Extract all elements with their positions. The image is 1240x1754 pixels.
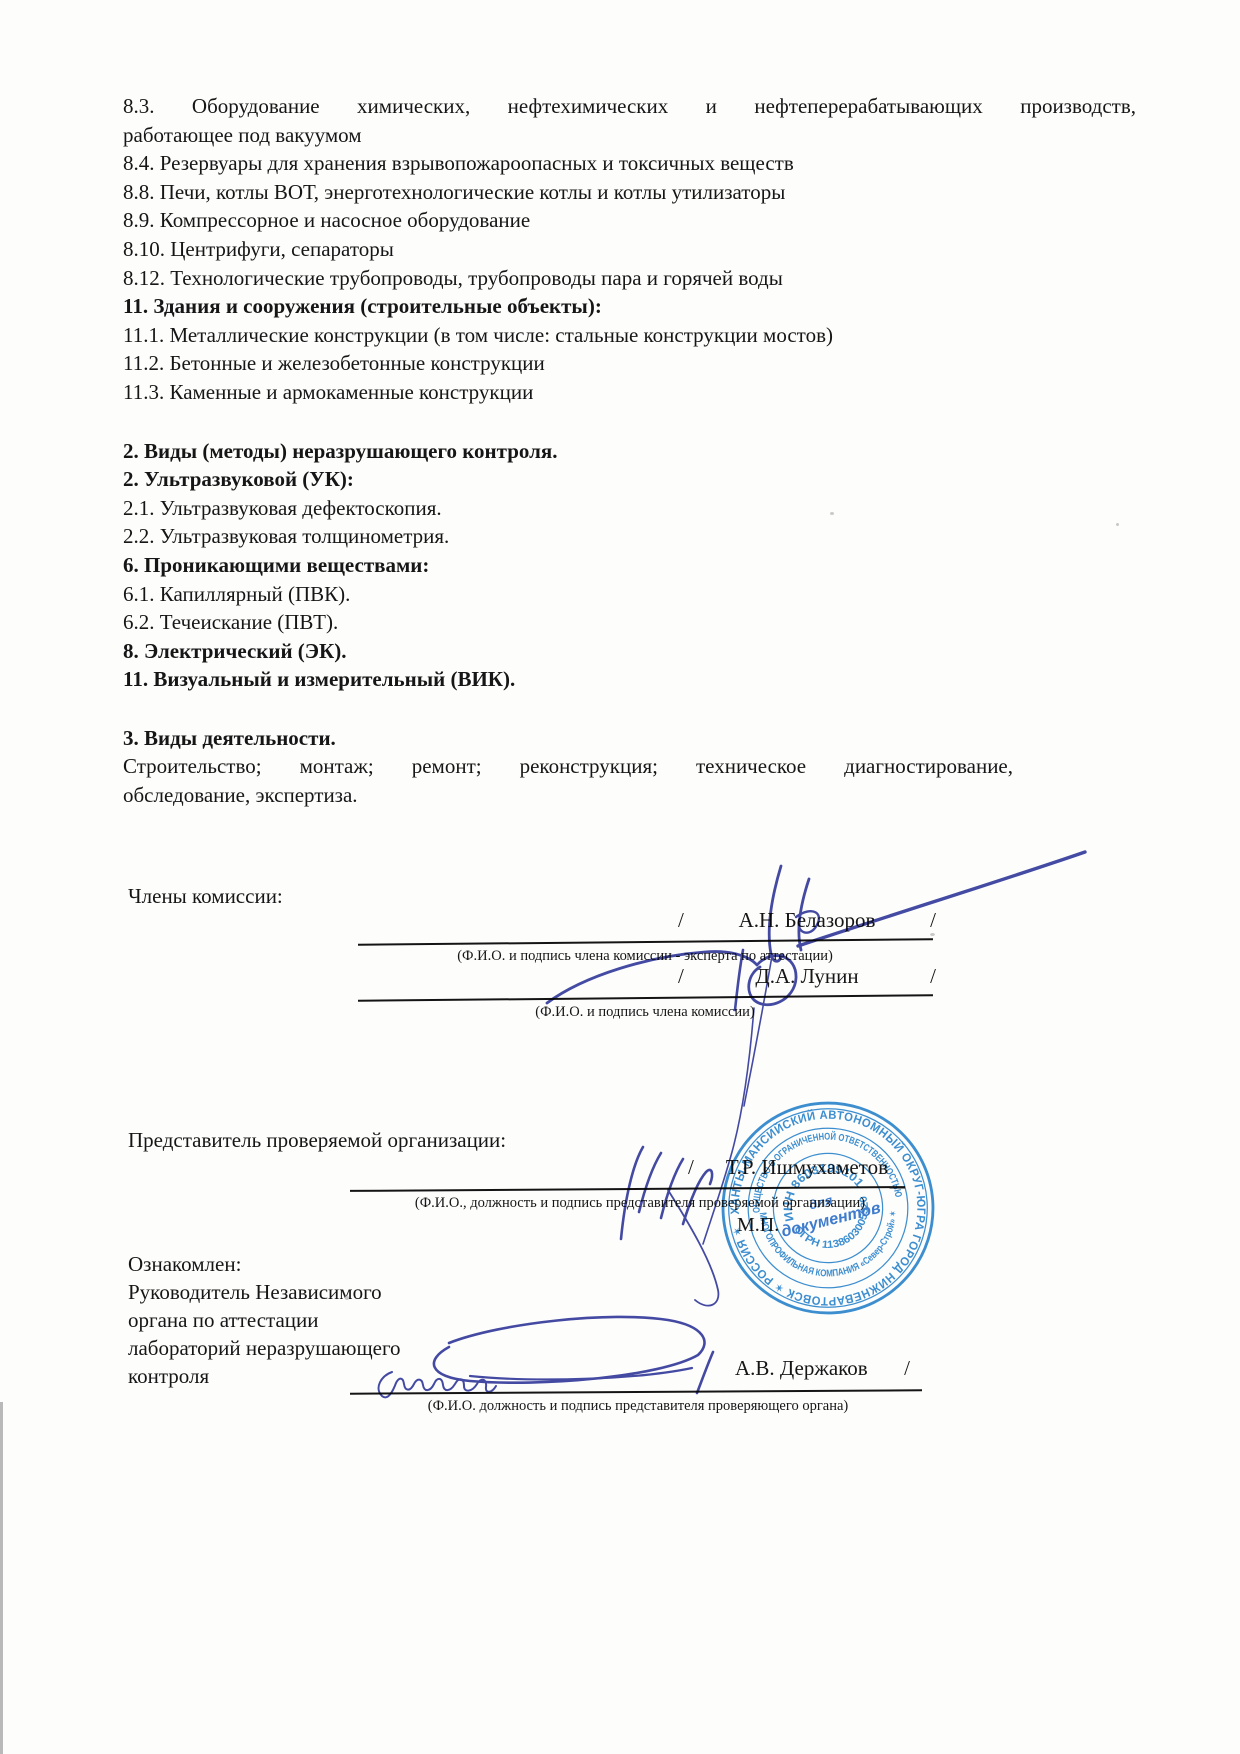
inspector-name: А.В. Держаков — [735, 1356, 868, 1381]
doc-line: 2.1. Ультразвуковая дефектоскопия. — [123, 494, 1138, 523]
svg-text:для: для — [808, 1192, 835, 1212]
scan-edge-artifact — [0, 1402, 3, 1754]
scan-speck — [345, 1296, 349, 1300]
slash: / — [930, 964, 936, 989]
doc-line: 3. Виды деятельности. — [123, 724, 1138, 753]
scan-speck — [930, 933, 935, 936]
signature-caption-member-2: (Ф.И.О. и подпись члена комиссии) — [535, 1004, 755, 1021]
doc-line: 6.2. Течеискание (ПВТ). — [123, 608, 1138, 637]
ack-line: органа по аттестации — [128, 1306, 401, 1334]
signature-row-member-2: / Д.А. Лунин / — [678, 964, 936, 989]
scan-speck — [1116, 523, 1119, 526]
doc-line: 11.3. Каменные и армокаменные конструкци… — [123, 378, 1138, 407]
slash: / — [678, 964, 684, 989]
doc-line: обследование, экспертиза. — [123, 781, 1138, 810]
slash: / — [678, 908, 684, 933]
signature-line-inspector — [350, 1389, 922, 1394]
section-gap — [123, 407, 1138, 437]
signature-line-member-2 — [358, 994, 933, 1002]
doc-line: 8.4. Резервуары для хранения взрывопожар… — [123, 149, 1138, 178]
doc-line: 2. Ультразвуковой (УК): — [123, 465, 1138, 494]
signature-row-inspector: А.В. Держаков / — [735, 1356, 910, 1381]
doc-line: 6. Проникающими веществами: — [123, 551, 1138, 580]
acknowledged-block: Ознакомлен: Руководитель Независимого ор… — [128, 1250, 401, 1390]
slash: / — [688, 1155, 694, 1180]
doc-line: работающее под вакуумом — [123, 121, 1138, 150]
doc-line: 11.2. Бетонные и железобетонные конструк… — [123, 349, 1138, 378]
slash: / — [904, 1356, 910, 1381]
representative-label: Представитель проверяемой организации: — [128, 1128, 506, 1153]
ack-line: лабораторий неразрушающего — [128, 1334, 401, 1362]
section-gap — [123, 694, 1138, 724]
slash: / — [930, 908, 936, 933]
signature-line-member-1 — [358, 938, 933, 946]
member-1-name: А.Н. Белазоров — [739, 908, 876, 933]
doc-line: 6.1. Капиллярный (ПВК). — [123, 580, 1138, 609]
doc-line: Строительство; монтаж; ремонт; реконстру… — [123, 752, 1013, 781]
scan-speck — [830, 512, 834, 515]
member-2-name: Д.А. Лунин — [755, 964, 858, 989]
doc-line: 11.1. Металлические конструкции (в том ч… — [123, 321, 1138, 350]
signature-caption-member-1: (Ф.И.О. и подпись члена комиссии - экспе… — [457, 948, 833, 965]
doc-line: 11. Здания и сооружения (строительные об… — [123, 292, 1138, 321]
doc-line: 8.9. Компрессорное и насосное оборудован… — [123, 206, 1138, 235]
commission-members-label: Члены комиссии: — [128, 884, 283, 909]
ack-line: Руководитель Независимого — [128, 1278, 401, 1306]
document-page: 8.3. Оборудование химических, нефтехимич… — [0, 0, 1240, 1754]
signature-caption-inspector: (Ф.И.О. должность и подпись представител… — [428, 1398, 848, 1415]
doc-line: 2. Виды (методы) неразрушающего контроля… — [123, 437, 1138, 466]
doc-line: 2.2. Ультразвуковая толщинометрия. — [123, 522, 1138, 551]
doc-line: 11. Визуальный и измерительный (ВИК). — [123, 665, 1138, 694]
signature-row-member-1: / А.Н. Белазоров / — [678, 908, 936, 933]
doc-line: 8.8. Печи, котлы ВОТ, энерготехнологичес… — [123, 178, 1138, 207]
body-text: 8.3. Оборудование химических, нефтехимич… — [123, 92, 1138, 810]
ack-line: Ознакомлен: — [128, 1250, 401, 1278]
doc-line: 8.10. Центрифуги, сепараторы — [123, 235, 1138, 264]
organization-round-stamp: ХАНТЫ-МАНСИЙСКИЙ АВТОНОМНЫЙ ОКРУГ-ЮГРА Г… — [714, 1094, 942, 1322]
doc-line: 8.3. Оборудование химических, нефтехимич… — [123, 92, 1136, 121]
doc-line: 8.12. Технологические трубопроводы, труб… — [123, 264, 1138, 293]
inspector-signature-ink — [379, 1317, 713, 1397]
doc-line: 8. Электрический (ЭК). — [123, 637, 1138, 666]
ack-line: контроля — [128, 1362, 401, 1390]
